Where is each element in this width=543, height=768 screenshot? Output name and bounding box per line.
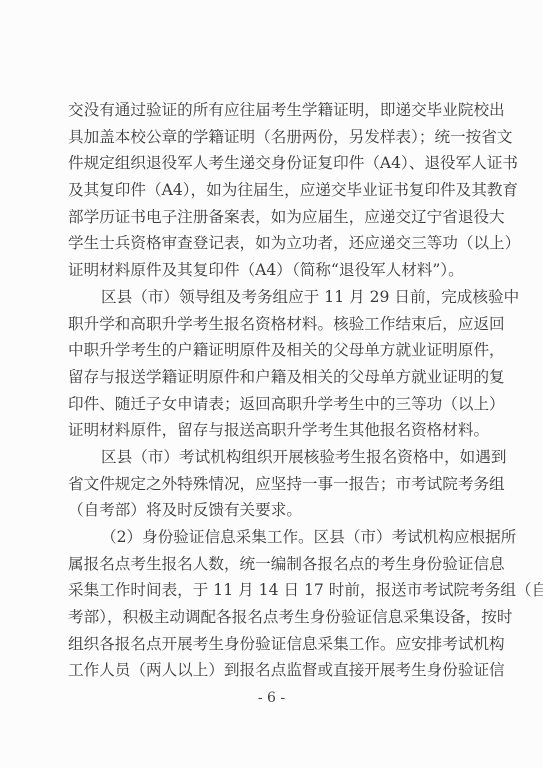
text-line: 属报名点考生报名人数，统一编制各报名点的考生身份验证信息 <box>68 551 478 578</box>
text-line: 学生士兵资格审查登记表，如为立功者，还应递交三等功（以上） <box>68 230 478 257</box>
paragraph-first-line: 区县（市）考试机构组织开展核验考生报名资格中，如遇到 <box>68 444 478 471</box>
page-number: - 6 - <box>0 690 543 706</box>
text-line: 考部），积极主动调配各报名点考生身份验证信息采集设备，按时 <box>68 604 478 631</box>
text-line: 件规定组织退役军人考生递交身份证复印件（A4）、退役军人证书 <box>68 150 478 177</box>
paragraph-first-line: 区县（市）领导组及考务组应于 11 月 29 日前，完成核验中 <box>68 284 478 311</box>
text-line: 印件、随迁子女申请表；返回高职升学考生中的三等功（以上） <box>68 391 478 418</box>
text-line: 交没有通过验证的所有应往届考生学籍证明，即递交毕业院校出 <box>68 97 478 124</box>
text-line: 省文件规定之外特殊情况，应坚持一事一报告；市考试院考务组 <box>68 471 478 498</box>
body-text: 交没有通过验证的所有应往届考生学籍证明，即递交毕业院校出具加盖本校公章的学籍证明… <box>68 97 478 684</box>
text-line: 部学历证书电子注册备案表，如为应届生，应递交辽宁省退役大 <box>68 204 478 231</box>
text-line: 组织各报名点开展考生身份验证信息采集工作。应安排考试机构 <box>68 631 478 658</box>
text-line: 采集工作时间表，于 11 月 14 日 17 时前，报送市考试院考务组（自 <box>68 577 478 604</box>
text-line: 留存与报送学籍证明原件和户籍及相关的父母单方就业证明的复 <box>68 364 478 391</box>
text-line: 工作人员（两人以上）到报名点监督或直接开展考生身份验证信 <box>68 657 478 684</box>
text-line: 具加盖本校公章的学籍证明（名册两份，另发样表）；统一按省文 <box>68 124 478 151</box>
text-line: 证明材料原件，留存与报送高职升学考生其他报名资格材料。 <box>68 417 478 444</box>
text-line: （自考部）将及时反馈有关要求。 <box>68 497 478 524</box>
text-line: 证明材料原件及其复印件（A4）（简称“退役军人材料”）。 <box>68 257 478 284</box>
text-line: 中职升学考生的户籍证明原件及相关的父母单方就业证明原件， <box>68 337 478 364</box>
document-page: 交没有通过验证的所有应往届考生学籍证明，即递交毕业院校出具加盖本校公章的学籍证明… <box>0 0 543 768</box>
text-line: 及其复印件（A4），如为往届生，应递交毕业证书复印件及其教育 <box>68 177 478 204</box>
text-line: 职升学和高职升学考生报名资格材料。核验工作结束后，应返回 <box>68 311 478 338</box>
paragraph-first-line: （2）身份验证信息采集工作。区县（市）考试机构应根据所 <box>68 524 478 551</box>
